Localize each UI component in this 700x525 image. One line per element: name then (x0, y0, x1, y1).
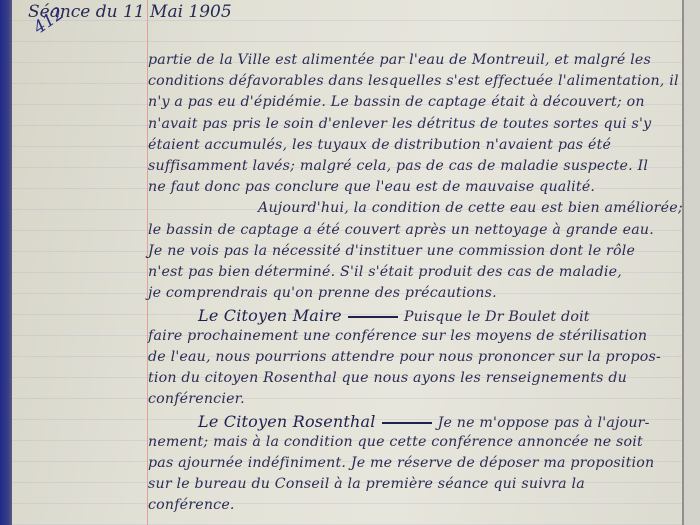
text-line: conférencier. (148, 391, 245, 407)
text-line: pas ajournée indéfiniment. Je me réserve… (148, 455, 654, 471)
speech-text: Puisque le Dr Boulet doit (404, 309, 590, 325)
text-line: faire prochainement une conférence sur l… (148, 328, 647, 344)
text-line: je comprendrais qu'on prenne des précaut… (148, 285, 497, 301)
text-line: suffisamment lavés; malgré cela, pas de … (148, 158, 648, 174)
speaker-dash (348, 316, 398, 318)
text-line: Je ne vois pas la nécessité d'instituer … (148, 243, 635, 259)
text-line: de l'eau, nous pourrions attendre pour n… (148, 349, 661, 365)
speaker-name: Le Citoyen Maire (198, 306, 342, 325)
text-line: n'est pas bien déterminé. S'il s'était p… (148, 264, 622, 280)
text-line: nement; mais à la condition que cette co… (148, 434, 643, 450)
speaker-line: Le Citoyen MairePuisque le Dr Boulet doi… (198, 306, 590, 325)
text-line: Aujourd'hui, la condition de cette eau e… (258, 200, 683, 216)
text-line: tion du citoyen Rosenthal que nous ayons… (148, 370, 627, 386)
text-line: n'avait pas pris le soin d'enlever les d… (148, 116, 651, 132)
text-line: conférence. (148, 497, 235, 513)
text-line: conditions défavorables dans lesquelles … (148, 73, 679, 89)
text-line: n'y a pas eu d'épidémie. Le bassin de ca… (148, 94, 645, 110)
next-page-edge (684, 0, 700, 525)
speaker-dash (382, 422, 432, 424)
speaker-line: Le Citoyen RosenthalJe ne m'oppose pas à… (198, 412, 650, 431)
speech-text: Je ne m'oppose pas à l'ajour- (438, 415, 650, 431)
text-line: ne faut donc pas conclure que l'eau est … (148, 179, 595, 195)
text-line: le bassin de captage a été couvert après… (148, 222, 654, 238)
text-line: sur le bureau du Conseil à la première s… (148, 476, 585, 492)
text-line: partie de la Ville est alimentée par l'e… (148, 52, 651, 68)
text-line: étaient accumulés, les tuyaux de distrib… (148, 137, 611, 153)
speaker-name: Le Citoyen Rosenthal (198, 412, 376, 431)
